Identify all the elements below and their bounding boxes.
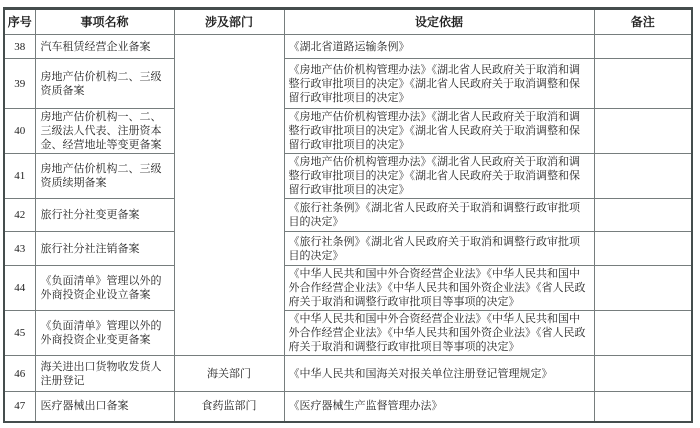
- basis-cell: 《中华人民共和国海关对报关单位注册登记管理规定》: [284, 356, 594, 392]
- table-row: 42 旅行社分社变更备案 《旅行社条例》《湖北省人民政府关于取消和调整行政审批项…: [4, 199, 692, 232]
- note-cell: [594, 311, 692, 356]
- item-name-cell: 房地产估价机构二、三级资质备案: [35, 59, 174, 109]
- basis-cell: 《房地产估价机构管理办法》《湖北省人民政府关于取消和调整行政审批项目的决定》《湖…: [284, 59, 594, 109]
- header-note: 备注: [594, 9, 692, 35]
- table-row: 44 《负面清单》管理以外的外商投资企业设立备案 《中华人民共和国中外合资经营企…: [4, 266, 692, 311]
- item-name-cell: 房地产估价机构一、二、三级法人代表、注册资本金、经营地址等变更备案: [35, 109, 174, 154]
- header-basis: 设定依据: [284, 9, 594, 35]
- item-name-cell: 医疗器械出口备案: [35, 392, 174, 422]
- table-row: 40 房地产估价机构一、二、三级法人代表、注册资本金、经营地址等变更备案 《房地…: [4, 109, 692, 154]
- basis-cell: 《中华人民共和国中外合资经营企业法》《中华人民共和国中外合作经营企业法》《中华人…: [284, 266, 594, 311]
- note-cell: [594, 35, 692, 59]
- department-merged-cell: [174, 35, 284, 356]
- table-row: 39 房地产估价机构二、三级资质备案 《房地产估价机构管理办法》《湖北省人民政府…: [4, 59, 692, 109]
- serial-number-cell: 38: [4, 35, 35, 59]
- serial-number-cell: 42: [4, 199, 35, 232]
- department-cell: 海关部门: [174, 356, 284, 392]
- serial-number-cell: 40: [4, 109, 35, 154]
- table-row: 47 医疗器械出口备案 食药监部门 《医疗器械生产监督管理办法》: [4, 392, 692, 422]
- basis-cell: 《旅行社条例》《湖北省人民政府关于取消和调整行政审批项目的决定》: [284, 232, 594, 266]
- note-cell: [594, 232, 692, 266]
- note-cell: [594, 109, 692, 154]
- serial-number-cell: 47: [4, 392, 35, 422]
- basis-cell: 《湖北省道路运输条例》: [284, 35, 594, 59]
- basis-cell: 《房地产估价机构管理办法》《湖北省人民政府关于取消和调整行政审批项目的决定》《湖…: [284, 109, 594, 154]
- note-cell: [594, 199, 692, 232]
- table-header-row: 序号 事项名称 涉及部门 设定依据 备注: [4, 9, 692, 35]
- table-row: 41 房地产估价机构二、三级资质续期备案 《房地产估价机构管理办法》《湖北省人民…: [4, 154, 692, 199]
- header-serial-number: 序号: [4, 9, 35, 35]
- document-page: 序号 事项名称 涉及部门 设定依据 备注 38 汽车租赁经营企业备案 《湖北省道…: [0, 0, 700, 423]
- header-item-name: 事项名称: [35, 9, 174, 35]
- item-name-cell: 旅行社分社注销备案: [35, 232, 174, 266]
- item-name-cell: 汽车租赁经营企业备案: [35, 35, 174, 59]
- note-cell: [594, 356, 692, 392]
- serial-number-cell: 45: [4, 311, 35, 356]
- table-row: 43 旅行社分社注销备案 《旅行社条例》《湖北省人民政府关于取消和调整行政审批项…: [4, 232, 692, 266]
- basis-cell: 《中华人民共和国中外合资经营企业法》《中华人民共和国中外合作经营企业法》《中华人…: [284, 311, 594, 356]
- note-cell: [594, 266, 692, 311]
- table-row: 38 汽车租赁经营企业备案 《湖北省道路运输条例》: [4, 35, 692, 59]
- item-name-cell: 《负面清单》管理以外的外商投资企业变更备案: [35, 311, 174, 356]
- serial-number-cell: 41: [4, 154, 35, 199]
- basis-cell: 《旅行社条例》《湖北省人民政府关于取消和调整行政审批项目的决定》: [284, 199, 594, 232]
- table-row: 46 海关进出口货物收发货人注册登记 海关部门 《中华人民共和国海关对报关单位注…: [4, 356, 692, 392]
- note-cell: [594, 392, 692, 422]
- basis-cell: 《房地产估价机构管理办法》《湖北省人民政府关于取消和调整行政审批项目的决定》《湖…: [284, 154, 594, 199]
- serial-number-cell: 46: [4, 356, 35, 392]
- item-name-cell: 房地产估价机构二、三级资质续期备案: [35, 154, 174, 199]
- note-cell: [594, 154, 692, 199]
- item-name-cell: 旅行社分社变更备案: [35, 199, 174, 232]
- serial-number-cell: 39: [4, 59, 35, 109]
- item-name-cell: 《负面清单》管理以外的外商投资企业设立备案: [35, 266, 174, 311]
- department-cell: 食药监部门: [174, 392, 284, 422]
- item-name-cell: 海关进出口货物收发货人注册登记: [35, 356, 174, 392]
- table-row: 45 《负面清单》管理以外的外商投资企业变更备案 《中华人民共和国中外合资经营企…: [4, 311, 692, 356]
- filing-items-table: 序号 事项名称 涉及部门 设定依据 备注 38 汽车租赁经营企业备案 《湖北省道…: [3, 7, 693, 423]
- header-department: 涉及部门: [174, 9, 284, 35]
- note-cell: [594, 59, 692, 109]
- serial-number-cell: 44: [4, 266, 35, 311]
- serial-number-cell: 43: [4, 232, 35, 266]
- basis-cell: 《医疗器械生产监督管理办法》: [284, 392, 594, 422]
